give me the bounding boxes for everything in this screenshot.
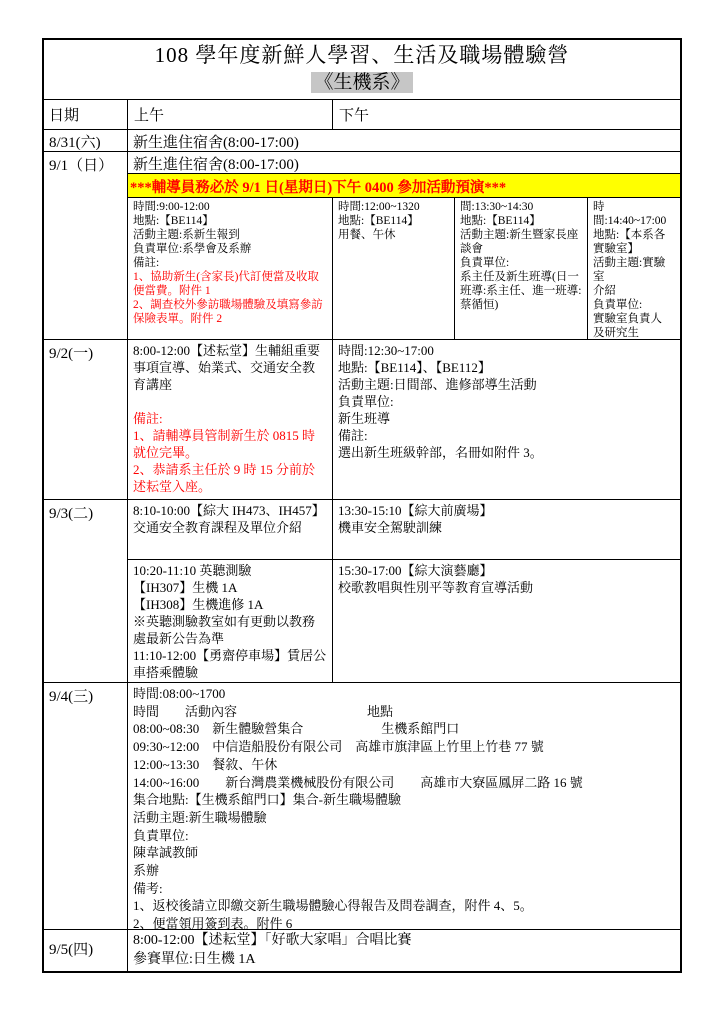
text-line: 1、協助新生(含家長)代訂便當及收取便當費。附件 1 (133, 270, 327, 298)
text-line: 11:10-12:00【勇齋停車場】賃居公車搭乘體驗 (133, 647, 327, 681)
sep3-morning-early-cell: 8:10-10:00【綜大 IH473、IH457】交通安全教育課程及單位介紹 (128, 500, 333, 559)
sep3-afternoon-late-cell: 15:30-17:00【綜大演藝廳】校歌教唱與性別平等教育宣導活動 (333, 560, 680, 682)
document-title: 108 學年度新鮮人學習、生活及職場體驗營 (44, 40, 680, 70)
column-header-row: 日期 上午 下午 (44, 100, 680, 130)
text-line: 09:30~12:00 中信造船股份有限公司 高雄市旗津區上竹里上竹巷 77 號 (133, 738, 675, 756)
check-in-text: 新生進住宿舍(8:00-17:00) (128, 152, 680, 174)
date-label: 9/2(一) (44, 340, 128, 499)
text-line: 時間:08:00~1700 (133, 685, 675, 703)
text-line: 活動主題:系新生報到 (133, 228, 327, 242)
row-sep1: 9/1（日） 新生進住宿舍(8:00-17:00) ***輔導員務必於 9/1 … (44, 152, 680, 340)
sep3-morning-late-cell: 10:20-11:10 英聽測驗【IH307】生機 1A【IH308】生機進修 … (128, 560, 333, 682)
event-text: 新生進住宿舍(8:00-17:00) (128, 130, 680, 151)
sep4-workplace-cell: 時間:08:00~1700時間 活動內容 地點08:00~08:30 新生體驗營… (128, 683, 680, 929)
text-line: 08:00~08:30 新生體驗營集合 生機系館門口 (133, 720, 675, 738)
sep2-morning-cell: 8:00-12:00【述耘堂】生輔組重要事項宣導、始業式、交通安全教育講座 備註… (128, 340, 333, 499)
header-date: 日期 (44, 100, 128, 129)
row-sep5: 9/5(四) 8:00-12:00【述耘堂】「好歌大家唱」合唱比賽參賽單位:日生… (44, 930, 680, 971)
department-name: 《生機系》 (311, 72, 412, 93)
schedule-table: 108 學年度新鮮人學習、生活及職場體驗營 《生機系》 日期 上午 下午 8/3… (42, 38, 682, 973)
sep1-forum-cell: 間:13:30~14:30地點:【BE114】活動主題:新生暨家長座談會負責單位… (455, 198, 588, 339)
table-title-block: 108 學年度新鮮人學習、生活及職場體驗營 《生機系》 (44, 40, 680, 100)
row-sep2: 9/2(一) 8:00-12:00【述耘堂】生輔組重要事項宣導、始業式、交通安全… (44, 340, 680, 500)
text-line: 備考: (133, 880, 675, 898)
text-line (133, 393, 327, 410)
sep1-content: 新生進住宿舍(8:00-17:00) ***輔導員務必於 9/1 日(星期日)下… (128, 152, 680, 339)
text-line: 校歌教唱與性別平等教育宣導活動 (338, 579, 675, 596)
row-sep4: 9/4(三) 時間:08:00~1700時間 活動內容 地點08:00~08:3… (44, 683, 680, 930)
text-line: 及研究生 (593, 326, 675, 339)
rehearsal-banner: ***輔導員務必於 9/1 日(星期日)下午 0400 參加活動預演*** (128, 174, 680, 198)
text-line: 時間:14:40~17:00 (593, 200, 675, 228)
text-line: 備註: (338, 427, 675, 444)
text-line: 8:10-10:00【綜大 IH473、IH457】交通安全教育課程及單位介紹 (133, 502, 327, 536)
date-label: 9/3(二) (44, 500, 128, 682)
text-line: 備註: (133, 256, 327, 270)
sep1-detail-columns: 時間:9:00-12:00地點:【BE114】活動主題:系新生報到負責單位:系學… (128, 198, 680, 339)
text-line: 新生班導 (338, 410, 675, 427)
text-line: 15:30-17:00【綜大演藝廳】 (338, 562, 675, 579)
document-page: 108 學年度新鮮人學習、生活及職場體驗營 《生機系》 日期 上午 下午 8/3… (0, 0, 724, 1024)
text-line: 14:00~16:00 新台灣農業機械股份有限公司 高雄市大寮區鳳屏二路 16 … (133, 774, 675, 792)
text-line: 時間 活動內容 地點 (133, 703, 675, 721)
text-line: 備註: (133, 410, 327, 427)
sep1-lunch-cell: 時間:12:00~1320地點:【BE114】用餐、午休 (333, 198, 455, 339)
text-line: 【IH308】生機進修 1A (133, 596, 327, 613)
text-line: 活動主題:新生職場體驗 (133, 809, 675, 827)
text-line: 陳韋誠教師 (133, 844, 675, 862)
text-line: 時間:12:00~1320 (338, 200, 449, 214)
text-line: 2、便當領用簽到表。附件 6 (133, 915, 675, 929)
text-line: 實驗室負責人 (593, 312, 675, 326)
text-line: 負責單位: (338, 393, 675, 410)
text-line: 系辦 (133, 862, 675, 880)
text-line: 間:13:30~14:30 (460, 200, 582, 214)
text-line: 2、調查校外參訪職場體驗及填寫參訪保險表單。附件 2 (133, 298, 327, 326)
department-subtitle: 《生機系》 (44, 70, 680, 96)
text-line: 負責單位: (460, 256, 582, 270)
text-line: 地點:【BE114】 (133, 214, 327, 228)
sep1-lab-cell: 時間:14:40~17:00地點:【本系各實驗室】活動主題:實驗室介紹負責單位:… (588, 198, 680, 339)
row-aug31: 8/31(六) 新生進住宿舍(8:00-17:00) (44, 130, 680, 152)
text-line: ※英聽測驗教室如有更動以教務處最新公告為準 (133, 613, 327, 647)
text-line: 13:30-15:10【綜大前廣場】 (338, 502, 675, 519)
text-line: 8:00-12:00【述耘堂】「好歌大家唱」合唱比賽 (133, 931, 675, 950)
text-line: 選出新生班級幹部，名冊如附件 3。 (338, 444, 675, 461)
sep3-late-subrow: 10:20-11:10 英聽測驗【IH307】生機 1A【IH308】生機進修 … (128, 560, 680, 682)
text-line: 負責單位: (593, 298, 675, 312)
sep3-early-subrow: 8:10-10:00【綜大 IH473、IH457】交通安全教育課程及單位介紹 … (128, 500, 680, 560)
text-line: 負責單位: (133, 827, 675, 845)
text-line: 10:20-11:10 英聽測驗 (133, 562, 327, 579)
text-line: 用餐、午休 (338, 228, 449, 242)
sep3-content: 8:10-10:00【綜大 IH473、IH457】交通安全教育課程及單位介紹 … (128, 500, 680, 682)
header-afternoon: 下午 (333, 100, 680, 129)
text-line: 集合地點:【生機系館門口】集合-新生職場體驗 (133, 791, 675, 809)
date-label: 8/31(六) (44, 130, 128, 151)
text-line: 系主任及新生班導(日一班導:系主任、進一班導:蔡循恒) (460, 270, 582, 312)
text-line: 負責單位:系學會及系辦 (133, 242, 327, 256)
row-sep3: 9/3(二) 8:10-10:00【綜大 IH473、IH457】交通安全教育課… (44, 500, 680, 683)
text-line: 活動主題:實驗室 (593, 256, 675, 284)
text-line: 地點:【BE114】 (338, 214, 449, 228)
text-line: 機車安全駕駛訓練 (338, 519, 675, 536)
text-line: 時間:12:30~17:00 (338, 342, 675, 359)
text-line: 地點:【BE114】、【BE112】 (338, 359, 675, 376)
date-label: 9/5(四) (44, 930, 128, 971)
text-line: 活動主題:新生暨家長座談會 (460, 228, 582, 256)
text-line: 1、請輔導員管制新生於 0815 時就位完畢。 (133, 427, 327, 461)
text-line: 活動主題:日間部、進修部導生活動 (338, 376, 675, 393)
sep3-afternoon-early-cell: 13:30-15:10【綜大前廣場】機車安全駕駛訓練 (333, 500, 680, 559)
date-label: 9/4(三) (44, 683, 128, 929)
sep5-contest-cell: 8:00-12:00【述耘堂】「好歌大家唱」合唱比賽參賽單位:日生機 1A (128, 930, 680, 971)
text-line: 地點:【BE114】 (460, 214, 582, 228)
text-line: 8:00-12:00【述耘堂】生輔組重要事項宣導、始業式、交通安全教育講座 (133, 342, 327, 393)
text-line: 時間:9:00-12:00 (133, 200, 327, 214)
text-line: 介紹 (593, 284, 675, 298)
date-label: 9/1（日） (44, 152, 128, 339)
text-line: 參賽單位:日生機 1A (133, 950, 675, 969)
text-line: 【IH307】生機 1A (133, 579, 327, 596)
header-morning: 上午 (128, 100, 333, 129)
text-line: 地點:【本系各實驗室】 (593, 228, 675, 256)
text-line: 2、恭請系主任於 9 時 15 分前於述耘堂入座。 (133, 461, 327, 495)
sep1-morning-cell: 時間:9:00-12:00地點:【BE114】活動主題:系新生報到負責單位:系學… (128, 198, 333, 339)
text-line: 1、返校後請立即繳交新生職場體驗心得報告及問卷調查，附件 4、5。 (133, 897, 675, 915)
sep2-afternoon-cell: 時間:12:30~17:00地點:【BE114】、【BE112】活動主題:日間部… (333, 340, 680, 499)
text-line: 12:00~13:30 餐敘、午休 (133, 756, 675, 774)
